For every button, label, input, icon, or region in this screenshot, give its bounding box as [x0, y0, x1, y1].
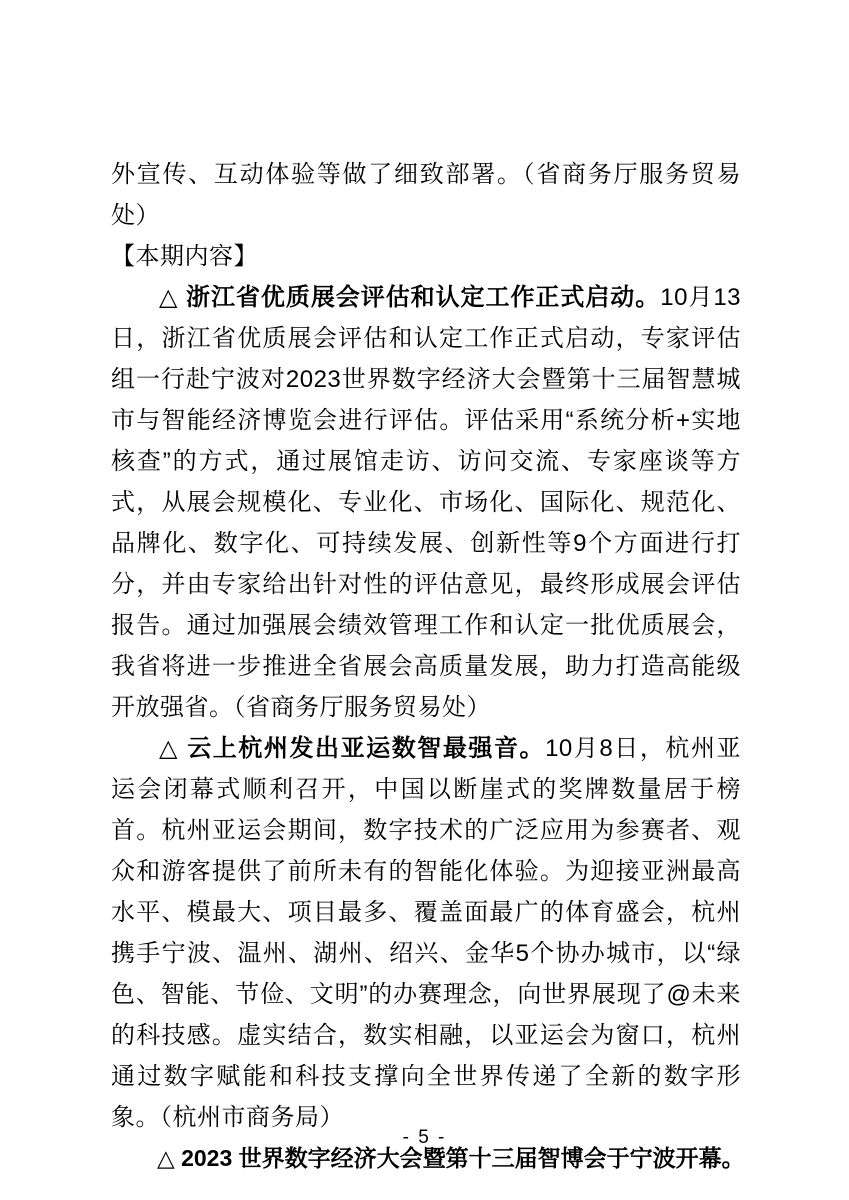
news-item-body: 10月13日，浙江省优质展会评估和认定工作正式启动，专家评估组一行赴宁波对202…: [111, 284, 741, 721]
news-item-body: 10月8日，杭州亚运会闭幕式顺利召开，中国以断崖式的奖牌数量居于榜首。杭州亚运会…: [111, 735, 741, 1131]
paragraph-text: 外宣传、互动体验等做了细致部署。（省商务厅服务贸易处）: [111, 161, 741, 229]
news-item: △ 云上杭州发出亚运数智最强音。10月8日，杭州亚运会闭幕式顺利召开，中国以断崖…: [111, 728, 741, 1138]
document-page: 外宣传、互动体验等做了细致部署。（省商务厅服务贸易处） 【本期内容】 △ 浙江省…: [0, 0, 849, 1200]
triangle-bullet-icon: △: [159, 735, 187, 762]
section-heading: 【本期内容】: [111, 236, 741, 277]
triangle-bullet-icon: △: [159, 284, 186, 311]
news-item-title: 浙江省优质展会评估和认定工作正式启动。: [186, 284, 660, 311]
document-body: 外宣传、互动体验等做了细致部署。（省商务厅服务贸易处） 【本期内容】 △ 浙江省…: [111, 154, 741, 1179]
news-item: △ 浙江省优质展会评估和认定工作正式启动。10月13日，浙江省优质展会评估和认定…: [111, 277, 741, 728]
carryover-paragraph: 外宣传、互动体验等做了细致部署。（省商务厅服务贸易处）: [111, 154, 741, 236]
section-heading-text: 【本期内容】: [111, 243, 258, 270]
page-number: - 5 -: [0, 1126, 849, 1150]
news-item-title: 云上杭州发出亚运数智最强音。: [187, 735, 545, 762]
